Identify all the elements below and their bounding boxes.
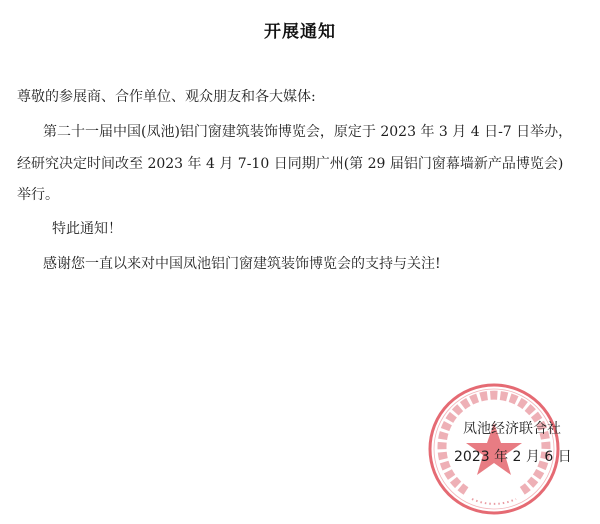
signature-organization: 凤池经济联合社 [463,418,561,438]
body-line-3: 举行。 [17,184,59,204]
salutation: 尊敬的参展商、合作单位、观众朋友和各大媒体: [17,86,316,106]
page-title: 开展通知 [0,17,600,42]
body-line-1: 第二十一届中国(凤池)铝门窗建筑装饰博览会，原定于 2023 年 3 月 4 日… [43,121,572,141]
signature-date: 2023 年 2 月 6 日 [454,446,572,466]
notice-line: 特此通知！ [52,218,122,238]
thanks-line: 感谢您一直以来对中国凤池铝门窗建筑装饰博览会的支持与关注! [43,253,441,273]
body-line-2: 经研究决定时间改至 2023 年 4 月 7-10 日同期广州(第 29 届铝门… [17,153,563,173]
